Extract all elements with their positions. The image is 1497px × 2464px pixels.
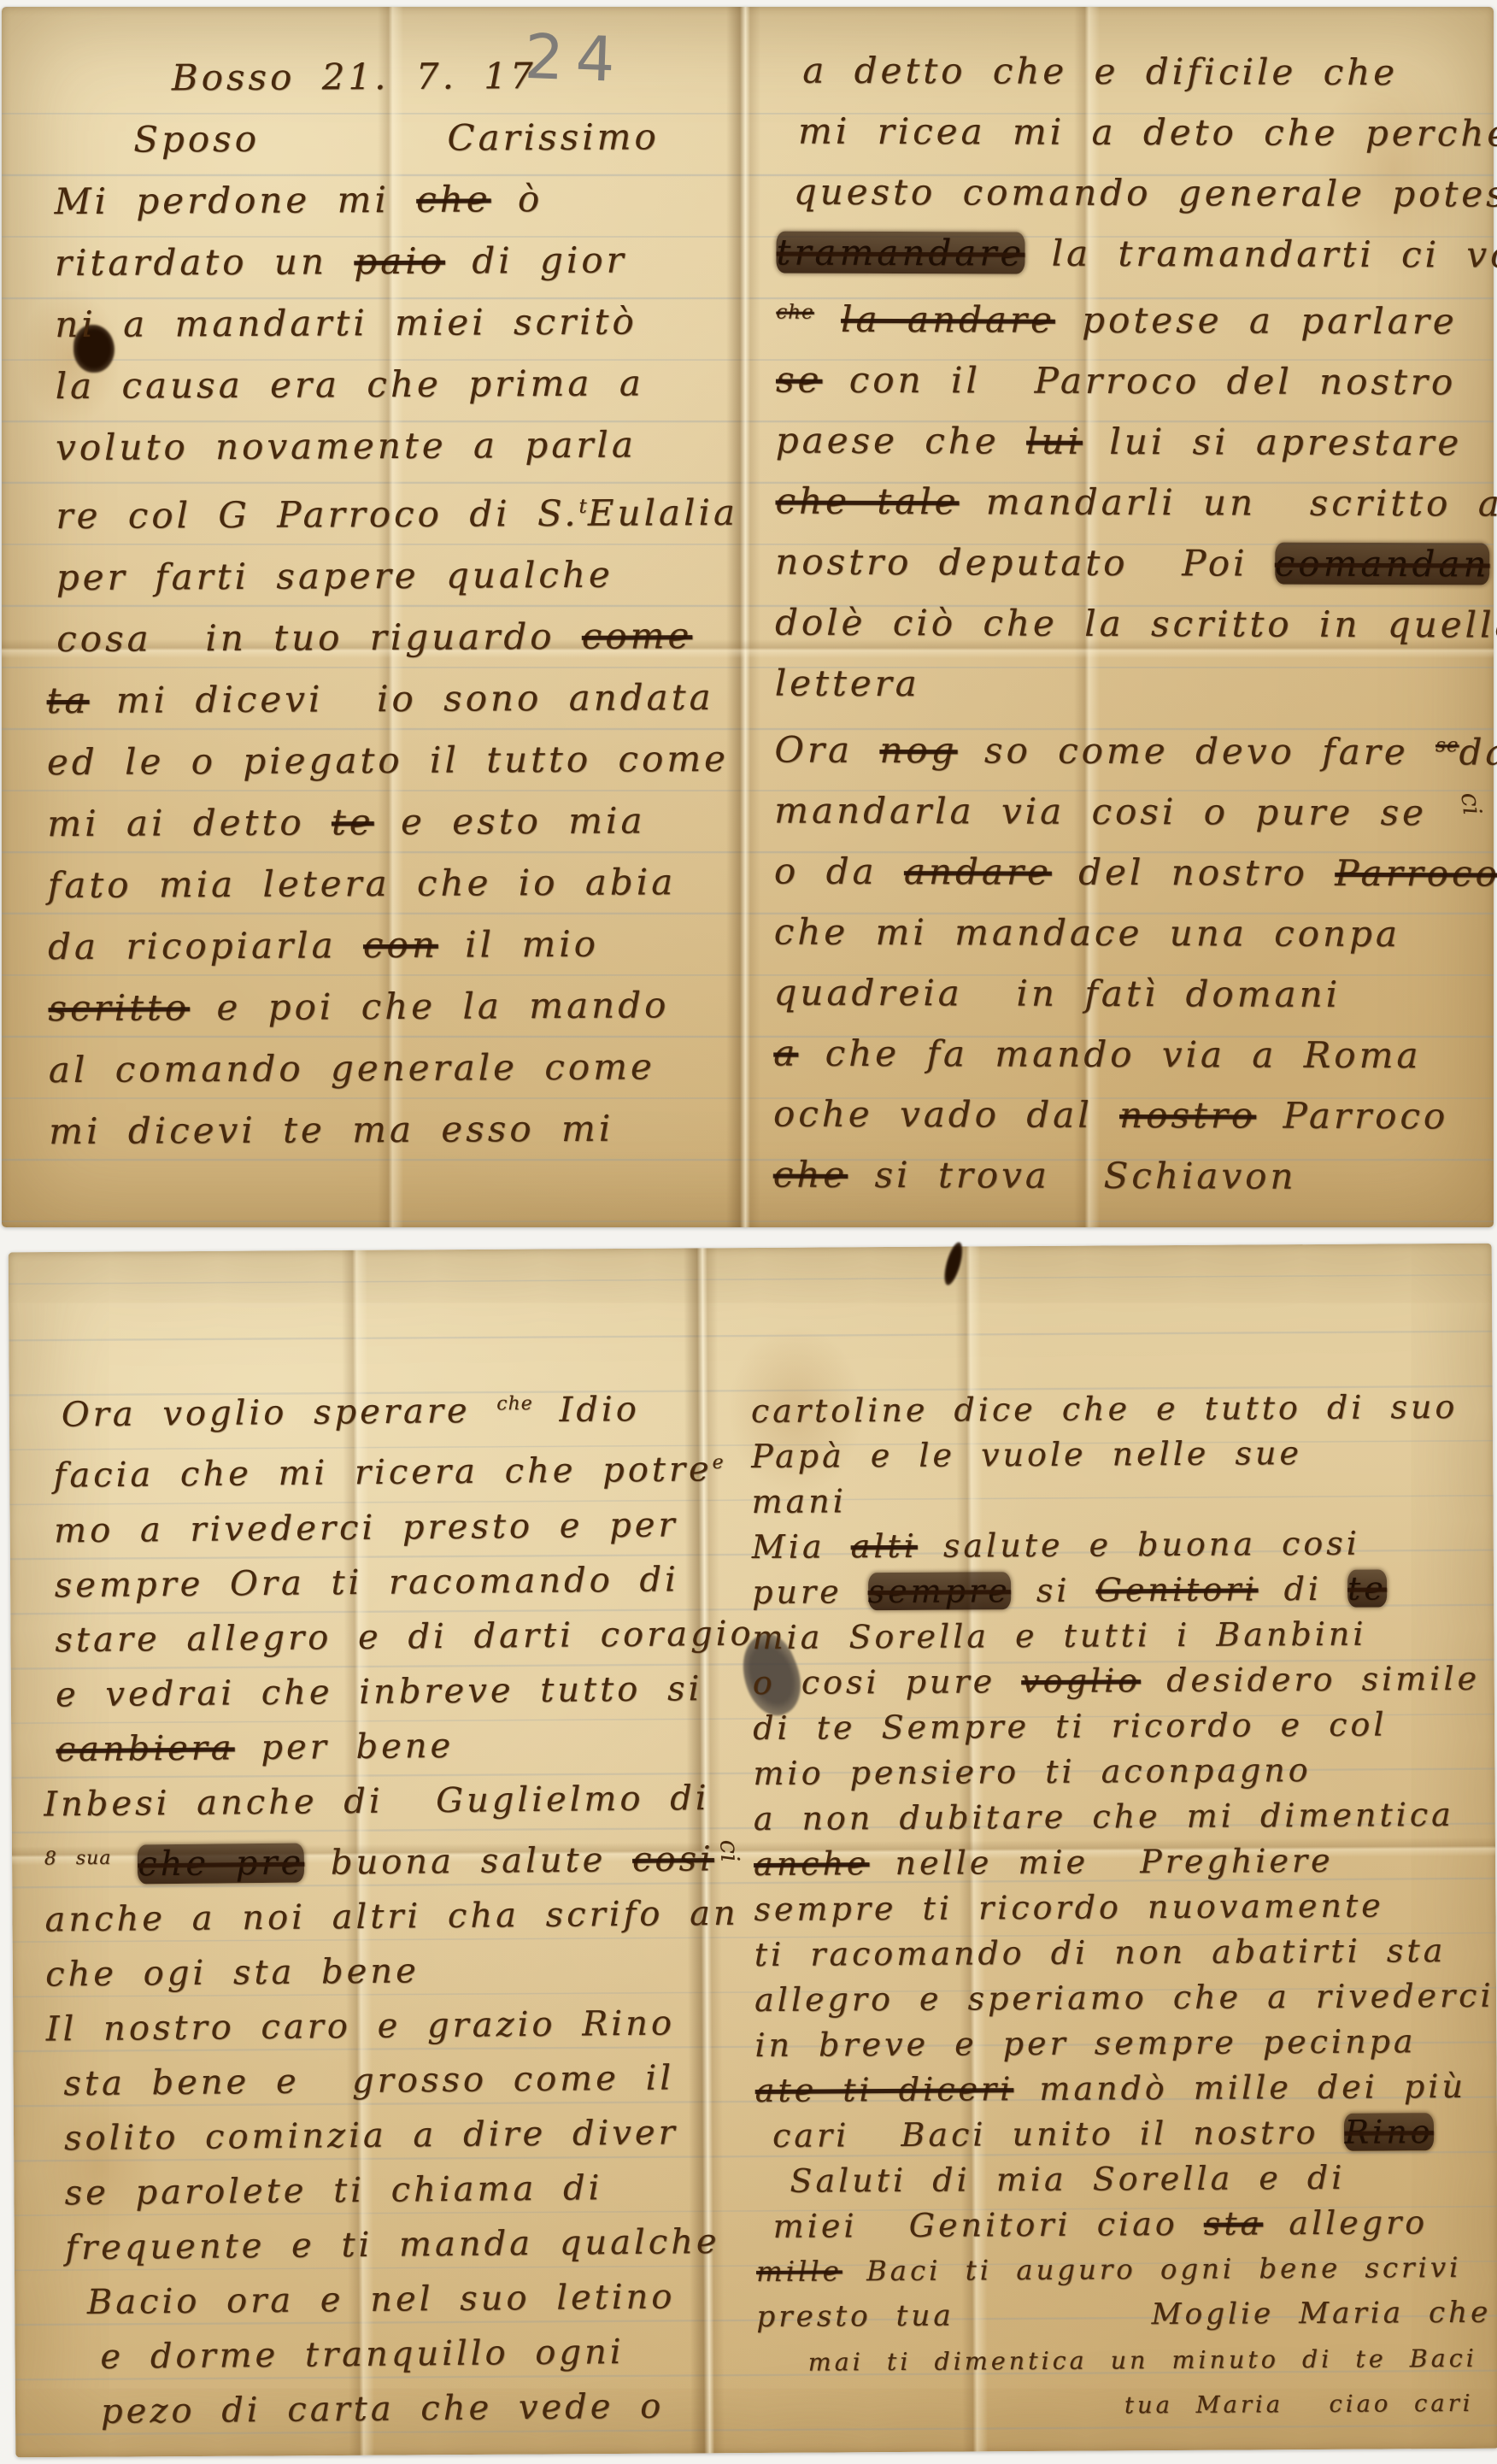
handwriting-text: che — [496, 1393, 533, 1414]
struck-handwriting: paio — [354, 240, 445, 283]
letter-line: solito cominzia a dire diver — [64, 2105, 740, 2167]
struck-handwriting: te — [332, 801, 374, 843]
letter-line: che si trova Schiavon — [773, 1144, 1482, 1208]
struck-handwriting: comandan — [1275, 543, 1490, 585]
handwriting-text: da ricopiarla — [48, 924, 363, 967]
handwriting-text: mia Sorella e tutti i Banbini — [752, 1615, 1366, 1656]
letter-line: al comando generale come — [49, 1036, 741, 1101]
letter-line: allegro e speriamo che a rivederci — [754, 1973, 1494, 2023]
handwriting-text: so come devo fare — [958, 729, 1436, 773]
handwriting-text: Mi perdone mi — [54, 179, 416, 222]
letter-line: Sposo Carissimo — [133, 106, 736, 171]
letter-line: facia che mi ricera che potree — [53, 1436, 733, 1503]
letter-line: cosa in tuo riguardo come — [56, 605, 738, 670]
struck-handwriting: ta — [46, 679, 89, 721]
handwriting-text: oche vado dal — [773, 1093, 1119, 1136]
letter-line: mai ti dimentica un minuto di te Baci — [807, 2336, 1495, 2385]
struck-handwriting: ate ti diceri — [755, 2070, 1014, 2109]
letter-line: sta bene e grosso come il — [63, 2050, 739, 2112]
letter-line: Ora nog so come devo fare seda — [774, 714, 1483, 783]
struck-handwriting: Genitori — [1095, 1570, 1258, 1608]
handwriting-text: e esto mia — [374, 799, 646, 843]
letter-line: ritardato un paio di gior — [55, 229, 737, 294]
handwriting-text: di — [1258, 1570, 1347, 1608]
handwriting-text: dolè ciò che la scritto in quella — [775, 602, 1497, 646]
handwriting-text: salute e buona cosi — [918, 1525, 1360, 1565]
handwriting-text: che fa mando via a Roma — [798, 1032, 1421, 1077]
handwriting-text: pezo di carta che vede o — [101, 2387, 665, 2432]
letter-line: e dorme tranquillo ogni — [100, 2324, 742, 2385]
handwriting-text: Mia — [752, 1527, 851, 1566]
handwriting-text: stare allegro e di darti coragio — [55, 1614, 754, 1660]
handwriting-text: mio pensiero ti aconpagno — [753, 1751, 1311, 1792]
handwriting-text: voluto novamente a parla — [56, 424, 637, 469]
handwriting-text: questo comando generale potese — [794, 171, 1497, 215]
handwriting-text: Il nostro caro e grazio Rino — [46, 2003, 676, 2049]
struck-handwriting: lui — [1026, 420, 1083, 462]
handwriting-text: del nostro — [1052, 851, 1336, 894]
struck-handwriting: che — [776, 302, 814, 324]
handwriting-text: tua Maria ciao cari — [1124, 2390, 1474, 2419]
handwriting-text: per farti sapere qualche — [56, 554, 613, 598]
handwriting-text: di gior — [445, 239, 627, 282]
handwriting-text: nostro deputato Poi — [775, 541, 1275, 585]
letter-line: scritto e poi che la mando — [48, 974, 740, 1039]
letter-line: lettera — [775, 653, 1484, 716]
letter-line: Bacio ora e nel suo letino — [87, 2269, 742, 2330]
letter-line: dolè ciò che la scritto in quella — [775, 592, 1484, 656]
struck-handwriting: che — [416, 178, 491, 220]
handwriting-text: si trova Schiavon — [848, 1154, 1296, 1197]
letter-line: anche nelle mie Preghiere — [754, 1838, 1493, 1887]
letter-line: miei Genitori ciao sta allegro — [773, 2200, 1495, 2249]
letter-line: o cosi pure voglio desidero simile — [753, 1656, 1492, 1706]
letter-line: pezo di carta che vede o — [101, 2379, 743, 2439]
handwriting-text: se parolete ti chiama di — [64, 2168, 602, 2213]
letter-line: che tale mandarli un scritto al — [775, 471, 1484, 534]
letter-page-1: Bosso 21. 7. 17Sposo CarissimoMi perdone… — [44, 44, 742, 1162]
struck-handwriting: se — [776, 359, 823, 401]
handwriting-text: ritardato un — [55, 240, 355, 284]
struck-handwriting: sempre — [868, 1572, 1011, 1610]
ink-mark — [941, 1240, 966, 1286]
handwriting-text: in breve e per sempre pecinpa — [754, 2022, 1416, 2064]
letter-page-2: a detto che e dificile chemi ricea mi a … — [773, 40, 1487, 1208]
letter-line: paese che lui lui si aprestare — [776, 410, 1485, 473]
letter-line: questo comando generale potese — [794, 162, 1486, 225]
handwriting-text: desidero simile — [1141, 1660, 1480, 1699]
handwriting-text: si — [1011, 1572, 1096, 1610]
handwriting-text: a non dubitare che mi dimentica — [754, 1796, 1454, 1838]
struck-handwriting: te — [1347, 1569, 1387, 1607]
sheet-top: 24 Bosso 21. 7. 17Sposo CarissimoMi perd… — [2, 7, 1494, 1227]
struck-handwriting: se — [1435, 734, 1459, 756]
letter-page-4: cartoline dice che e tutto di suoPapà e … — [751, 1385, 1496, 2431]
handwriting-text: Saluti di mia Sorella e di — [790, 2159, 1345, 2200]
letter-line: tua Maria ciao cari — [1124, 2381, 1496, 2429]
handwriting-text: 8 sua — [44, 1847, 112, 1869]
handwriting-text: e vedrai che inbreve tutto si — [56, 1669, 703, 1714]
handwriting-text: Ora voglio sperare — [62, 1391, 497, 1435]
handwriting-text: mandarli un scritto al — [959, 480, 1497, 524]
letter-line: Mia alti salute e buona cosi — [752, 1520, 1491, 1570]
handwriting-text: mi dicevi io sono andata — [89, 676, 713, 721]
handwriting-text: Sposo Carissimo — [133, 115, 660, 160]
letter-line: mi dicevi te ma esso mi — [49, 1097, 741, 1162]
handwriting-text: o cosi pure — [753, 1662, 1022, 1702]
handwriting-text: t — [578, 496, 587, 518]
letter-line: se parolete ti chiama di — [64, 2160, 740, 2221]
letter-line: Mi perdone mi che ò — [54, 168, 736, 232]
handwriting-text: mo a rivederci presto e per — [54, 1505, 678, 1550]
letter-line: pure sempre si Genitori di te — [752, 1566, 1491, 1615]
handwriting-text: Eulalia — [588, 491, 738, 534]
letter-line: o da andare del nostro Parroco — [774, 841, 1483, 904]
letter-line: mille Baci ti auguro ogni bene scrivi — [756, 2245, 1495, 2295]
handwriting-text: o da — [774, 850, 904, 893]
handwriting-text: sempre ti ricordo nuovamente — [754, 1886, 1383, 1928]
letter-line: ni a mandarti miei scritò — [55, 291, 737, 356]
struck-handwriting: cosi — [632, 1839, 714, 1879]
letter-line: mia Sorella e tutti i Banbini — [752, 1611, 1491, 1661]
handwriting-text: cosa in tuo riguardo — [56, 615, 582, 660]
handwriting-text: facia che mi ricera che potre — [53, 1450, 713, 1496]
handwriting-text: Bosso 21. 7. 17 — [172, 55, 537, 98]
handwriting-text: che ogi sta bene — [45, 1951, 420, 1994]
handwriting-text: paese che — [776, 420, 1026, 462]
struck-handwriting: andare — [904, 850, 1052, 893]
struck-handwriting: alti — [850, 1527, 918, 1565]
handwriting-text: ni a mandarti miei scritò — [55, 300, 637, 345]
handwriting-text: ò — [490, 178, 543, 220]
handwriting-text: da — [1459, 731, 1497, 773]
letter-line: tramandare la tramandarti ci vorebe — [776, 222, 1485, 285]
struck-handwriting: sta — [1204, 2204, 1264, 2242]
letter-line: presto tua Moglie Maria che — [756, 2291, 1495, 2340]
handwriting-text: frequente e ti manda qualche — [65, 2222, 720, 2267]
handwriting-text: fato mia letera che io abia — [48, 861, 677, 906]
handwriting-text: Ora — [774, 729, 879, 771]
letter-line: a non dubitare che mi dimentica — [754, 1792, 1493, 1842]
letter-line: se con il Parroco del nostro — [776, 350, 1485, 413]
letter-line: Il nostro caro e grazio Rino — [45, 1996, 738, 2057]
struck-handwriting: anche — [754, 1844, 870, 1883]
letter-line: voluto novamente a parla — [56, 414, 737, 479]
letter-line: frequente e ti manda qualche — [65, 2214, 741, 2276]
letter-line: 8 sua che pre buona salute cosi — [44, 1825, 737, 1892]
handwriting-text: e dorme tranquillo ogni — [100, 2332, 625, 2377]
handwriting-text: sta bene e grosso come il — [63, 2058, 674, 2103]
letter-line: re col G Parroco di S.tEulalia — [56, 475, 737, 547]
struck-handwriting: Parroco — [1335, 852, 1497, 895]
struck-handwriting: come — [582, 615, 693, 657]
letter-line: da ricopiarla con il mio — [48, 913, 740, 978]
letter-line: Bosso 21. 7. 17 — [172, 44, 736, 109]
letter-line: mi ricea mi a deto che perche — [798, 101, 1486, 164]
letter-line: ate ti diceri mandò mille dei più — [755, 2064, 1494, 2114]
letter-line: mio pensiero ti aconpagno — [753, 1747, 1492, 1797]
handwriting-text: presto tua Moglie Maria che — [756, 2296, 1491, 2334]
handwriting-text: solito cominzia a dire diver — [64, 2113, 678, 2158]
handwriting-text: miei Genitori ciao — [773, 2205, 1204, 2245]
letter-line: ti racomando di non abatirti sta — [754, 1928, 1494, 1978]
handwriting-text: Bacio ora e nel suo letino — [87, 2277, 676, 2322]
handwriting-text: Inbesi anche di Guglielmo di — [44, 1779, 710, 1824]
letter-line: stare allegro e di darti coragio — [55, 1606, 735, 1667]
handwriting-text: Parroco — [1256, 1095, 1448, 1138]
handwriting-text: mandò mille dei più — [1013, 2067, 1466, 2108]
handwriting-text: mani — [751, 1482, 847, 1520]
handwriting-text: Idio — [533, 1390, 640, 1430]
struck-handwriting: canbiera — [56, 1728, 234, 1769]
handwriting-text: a detto che e dificile che — [802, 50, 1398, 93]
handwriting-text: la tramandarti ci vorebe — [1024, 232, 1497, 276]
handwriting-text: mi dicevi te ma esso mi — [49, 1108, 613, 1152]
letter-line: in breve e per sempre pecinpa — [754, 2019, 1494, 2068]
handwriting-text: e — [712, 1452, 724, 1473]
handwriting-text: che mi mandace una conpa — [774, 911, 1400, 956]
letter-line: per farti sapere qualche — [56, 544, 738, 609]
handwriting-text: nelle mie Preghiere — [869, 1842, 1333, 1882]
handwriting-text: di te Sempre ti ricordo e col — [753, 1705, 1388, 1747]
handwriting-text: re col G Parroco di S. — [56, 492, 578, 537]
letter-line: Papà e le vuole nelle sue — [751, 1430, 1490, 1479]
handwriting-text: ti racomando di non abatirti sta — [754, 1932, 1447, 1973]
handwriting-text: ed le o piegato il tutto come — [47, 738, 729, 783]
letter-line: canbiera per bene — [56, 1715, 736, 1777]
letter-line: a che fa mando via a Roma — [773, 1023, 1482, 1086]
handwriting-text: allegro e speriamo che a rivederci — [754, 1977, 1494, 2019]
letter-line: nostro deputato Poi comandan — [775, 532, 1484, 595]
letter-line: ed le o piegato il tutto come — [47, 728, 739, 793]
handwriting-text: lettera — [775, 662, 920, 705]
handwriting-text: il mio — [438, 923, 599, 966]
letter-line: di te Sempre ti ricordo e col — [753, 1702, 1492, 1751]
handwriting-text: potese a parlare — [1055, 299, 1458, 343]
handwriting-text: mi ai detto — [47, 801, 332, 844]
handwriting-text: quadreia in fatì domani — [773, 972, 1341, 1015]
handwriting-text: sempre Ora ti racomando di — [55, 1560, 680, 1605]
sheet-bottom: Ora voglio sperare che Idiofacia che mi … — [9, 1244, 1497, 2458]
handwriting-text: Papà e le vuole nelle sue — [751, 1434, 1302, 1475]
struck-handwriting: che — [773, 1154, 848, 1196]
handwriting-text: mai ti dimentica un minuto di te Baci — [808, 2344, 1477, 2377]
handwriting-text — [111, 1844, 138, 1884]
struck-handwriting: mille — [756, 2255, 842, 2288]
struck-handwriting: la andare — [841, 298, 1055, 341]
handwriting-text: pure — [752, 1573, 868, 1611]
handwriting-text: al comando generale come — [49, 1045, 655, 1091]
letter-line: che ogi sta bene — [45, 1941, 738, 2002]
letter-line: anche a noi altri cha scrifo an — [44, 1886, 737, 1948]
letter-line: mo a rivederci presto e per — [54, 1497, 734, 1558]
struck-handwriting: scritto — [48, 986, 190, 1029]
letter-line: Inbesi anche di Guglielmo di — [44, 1770, 737, 1832]
handwriting-text: la causa era che prima a — [56, 362, 644, 407]
handwriting-text: cartoline dice che e tutto di suo — [751, 1388, 1459, 1430]
handwriting-text: con il Parroco del nostro — [822, 359, 1456, 403]
handwriting-text: buona salute — [304, 1840, 632, 1883]
letter-line: che mi mandace una conpa — [774, 902, 1483, 965]
letter-line: cartoline dice che e tutto di suo — [751, 1385, 1490, 1434]
letter-line: mi ai detto te e esto mia — [47, 790, 739, 855]
handwriting-text — [814, 298, 842, 340]
struck-handwriting: nog — [879, 729, 957, 771]
letter-line: oche vado dal nostro Parroco — [773, 1084, 1482, 1147]
handwriting-text: e poi che la mando — [190, 984, 669, 1028]
letter-line: sempre ti ricordo nuovamente — [754, 1883, 1493, 1932]
handwriting-text: cari Baci unito il nostro — [772, 2114, 1345, 2155]
handwriting-text: per bene — [234, 1726, 454, 1767]
letter-line: e vedrai che inbreve tutto si — [56, 1661, 736, 1722]
letter-line: la causa era che prima a — [55, 352, 737, 417]
struck-handwriting: a — [773, 1032, 798, 1074]
handwriting-text: mi ricea mi a deto che perche — [798, 110, 1497, 155]
handwriting-text: mandarla via cosi o pure se — [774, 790, 1427, 834]
letter-line: sempre Ora ti racomando di — [54, 1551, 734, 1613]
struck-handwriting: con — [363, 924, 438, 966]
struck-handwriting: nostro — [1119, 1094, 1256, 1137]
struck-handwriting: che tale — [775, 480, 959, 523]
letter-line: Ora voglio sperare che Idio — [61, 1375, 732, 1443]
handwriting-text: Baci ti auguro ogni bene scrivi — [842, 2251, 1462, 2287]
letter-page-3: Ora voglio sperare che Idiofacia che mi … — [39, 1375, 742, 2440]
struck-handwriting: Rino — [1344, 2113, 1433, 2151]
letter-line: a detto che e dificile che — [802, 40, 1486, 103]
handwriting-text: lui si aprestare — [1083, 420, 1462, 464]
letter-line: che la andare potese a parlare — [776, 283, 1485, 352]
letter-line: ta mi dicevi io sono andata — [46, 667, 738, 732]
struck-handwriting: tramandare — [776, 232, 1024, 274]
handwriting-text: anche a noi altri cha scrifo an — [44, 1894, 739, 1940]
letter-line: mandarla via cosi o pure se — [774, 780, 1483, 844]
letter-line: Saluti di mia Sorella e di — [790, 2155, 1494, 2204]
letter-line: quadreia in fatì domani — [773, 962, 1482, 1026]
struck-handwriting: voglio — [1021, 1661, 1141, 1700]
letter-line: cari Baci unito il nostro Rino — [772, 2109, 1494, 2159]
struck-handwriting: che pre — [138, 1844, 304, 1885]
letter-line: mani — [751, 1475, 1490, 1525]
handwriting-text: allegro — [1263, 2203, 1428, 2242]
letter-scan: 24 Bosso 21. 7. 17Sposo CarissimoMi perd… — [0, 0, 1497, 2464]
letter-line: fato mia letera che io abia — [48, 851, 740, 916]
